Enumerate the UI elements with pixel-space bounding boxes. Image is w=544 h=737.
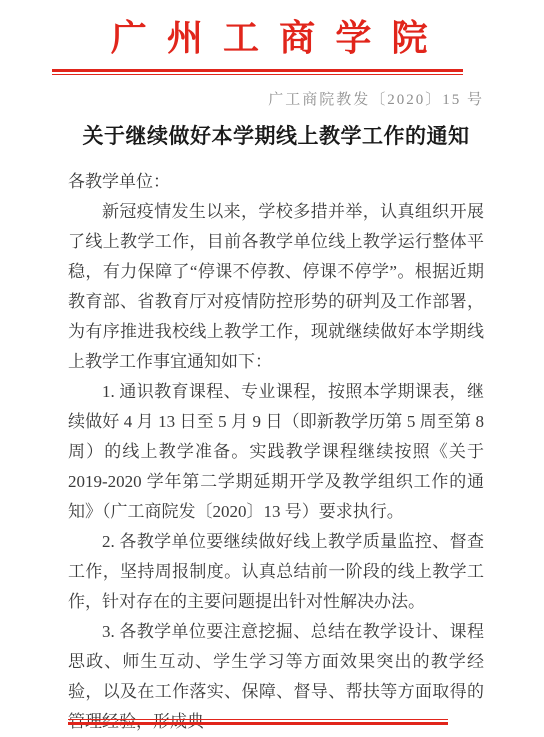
salutation: 各教学单位：: [68, 167, 484, 197]
document-body: 各教学单位： 新冠疫情发生以来，学校多措并举，认真组织开展了线上教学工作，目前各…: [68, 167, 484, 737]
official-document-page: 广州工商学院 广工商院教发〔2020〕15 号 关于继续做好本学期线上教学工作的…: [0, 0, 544, 737]
letterhead-org-name: 广州工商学院: [0, 0, 544, 60]
letterhead-divider: [52, 69, 463, 75]
document-reference-number: 广工商院教发〔2020〕15 号: [68, 90, 484, 110]
page-foot-divider-thin-line: [68, 719, 448, 720]
letterhead-divider-thick-line: [52, 69, 463, 72]
body-paragraph-item-2: 2. 各教学单位要继续做好线上教学质量监控、督查工作，坚持周报制度。认真总结前一…: [68, 527, 484, 617]
letterhead-divider-thin-line: [52, 74, 463, 75]
page-foot-divider: [68, 719, 448, 725]
page-foot-divider-thick-line: [68, 722, 448, 725]
document-title: 关于继续做好本学期线上教学工作的通知: [68, 122, 484, 150]
document-content: 广工商院教发〔2020〕15 号 关于继续做好本学期线上教学工作的通知 各教学单…: [0, 90, 544, 737]
body-paragraph-intro: 新冠疫情发生以来，学校多措并举，认真组织开展了线上教学工作，目前各教学单位线上教…: [68, 197, 484, 377]
body-paragraph-item-1: 1. 通识教育课程、专业课程，按照本学期课表，继续做好 4 月 13 日至 5 …: [68, 377, 484, 527]
